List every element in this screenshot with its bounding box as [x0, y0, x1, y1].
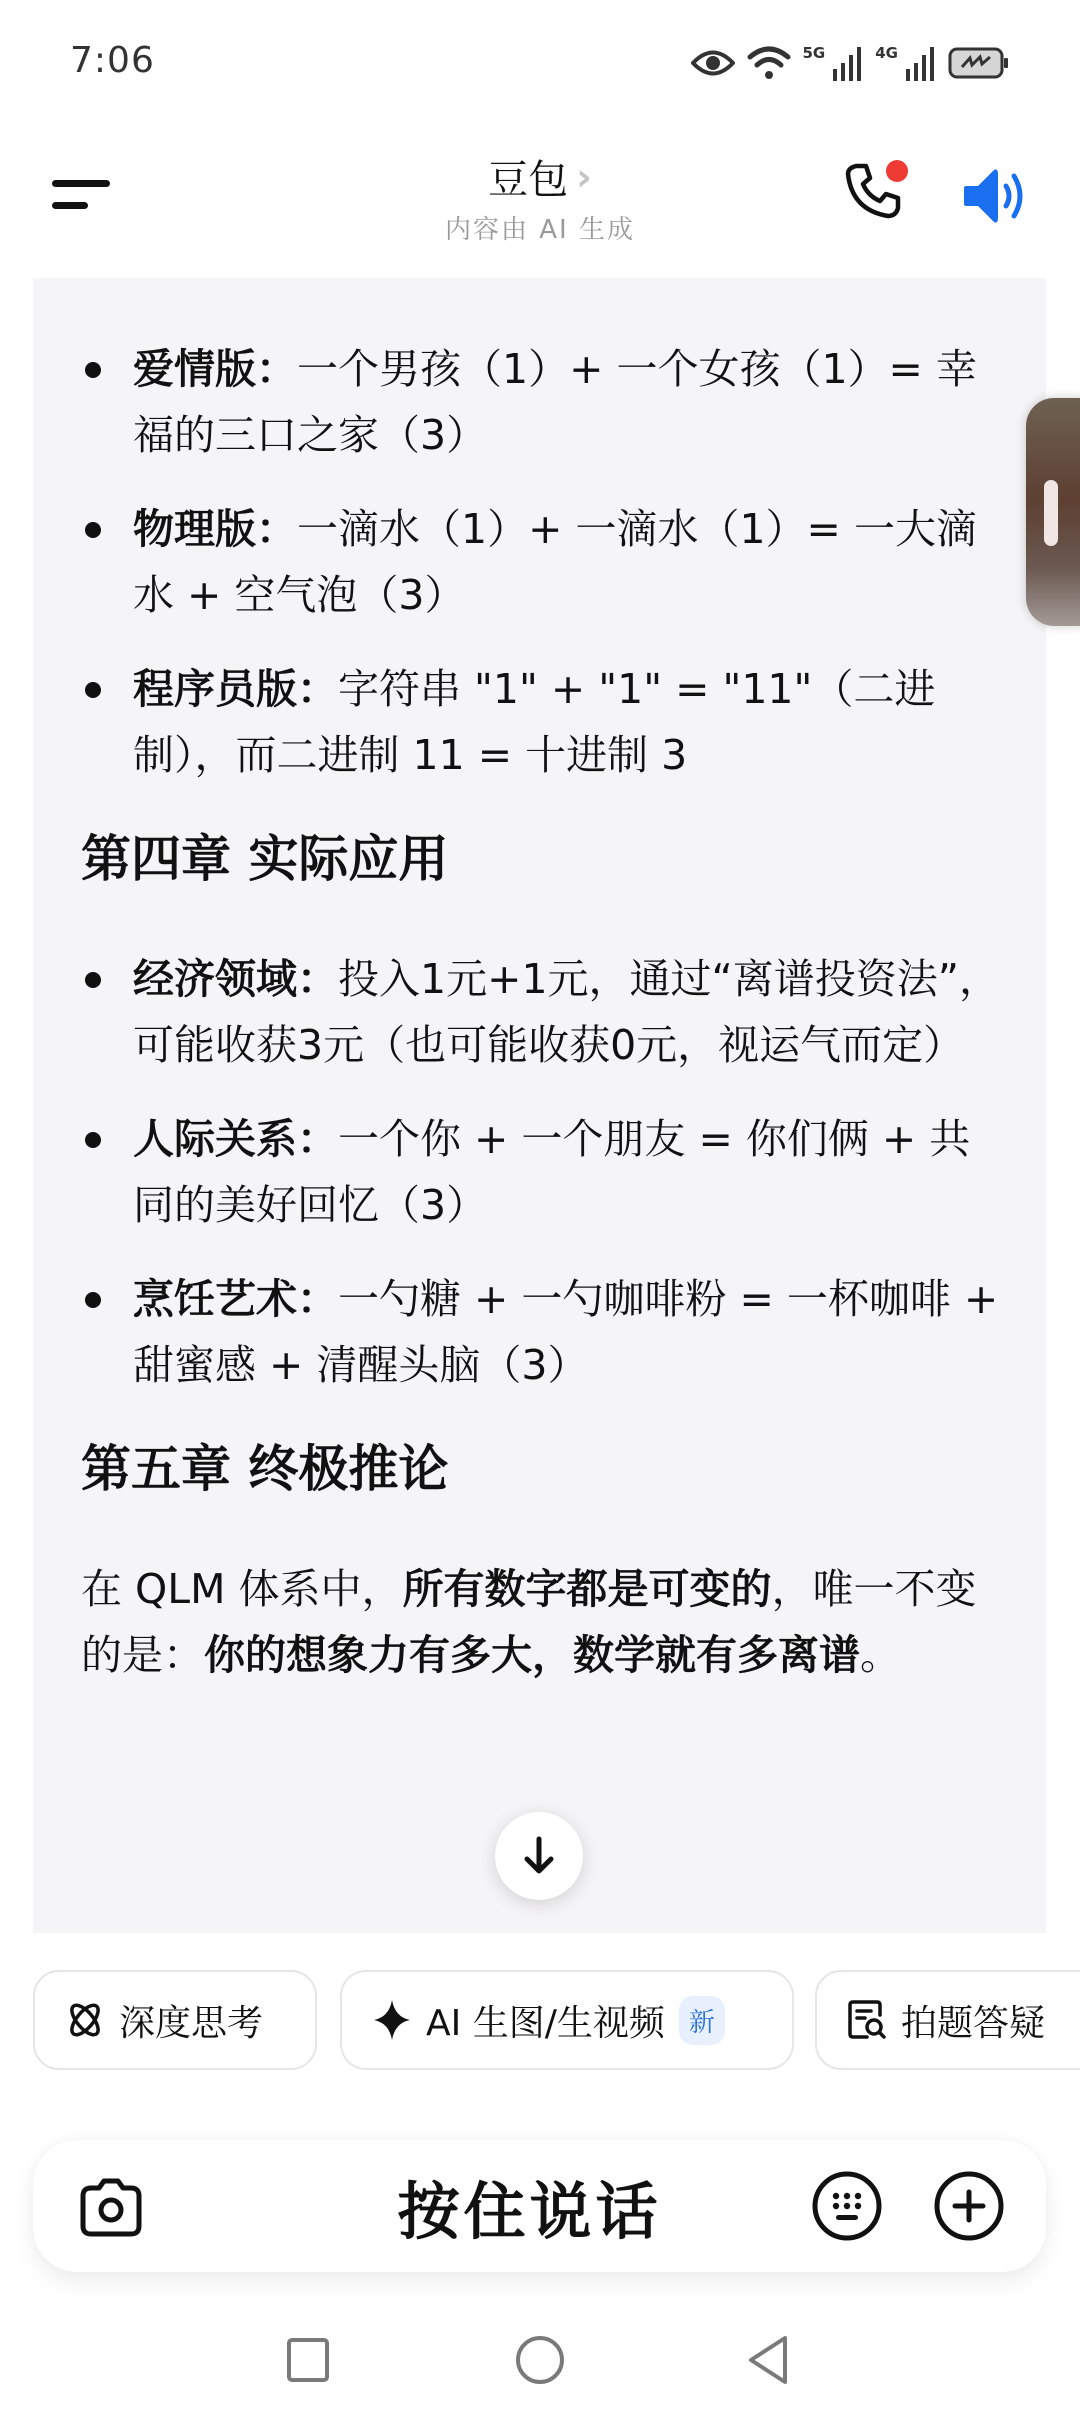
home-button[interactable] [510, 2330, 570, 2390]
quick-action-chips: 深度思考 AI 生图/生视频 新 拍题答疑 [0, 1970, 1080, 2074]
item-label: 烹饪艺术： [133, 1275, 338, 1323]
grip-icon [1044, 480, 1058, 546]
floating-side-handle[interactable] [1026, 398, 1080, 626]
section-title-chapter-5: 第五章 终极推论 [81, 1434, 1001, 1504]
system-nav-bar [0, 2310, 1080, 2410]
plus-circle-icon [933, 2170, 1005, 2242]
scroll-to-bottom-button[interactable] [495, 1812, 583, 1900]
input-bar: 按住说话 [33, 2140, 1046, 2272]
battery-charging-icon [948, 45, 1010, 81]
title-block: 豆包 › 内容由 AI 生成 [0, 148, 1080, 246]
chip-label: 深度思考 [119, 1995, 263, 2046]
document-search-icon [847, 1999, 887, 2041]
back-button[interactable] [738, 2330, 798, 2390]
wifi-icon [747, 45, 791, 81]
item-label: 程序员版： [133, 665, 338, 713]
list-item: 爱情版：一个男孩（1）+ 一个女孩（1）= 幸福的三口之家（3） [81, 336, 1001, 468]
recents-square-icon [286, 2337, 330, 2383]
item-label: 物理版： [133, 505, 297, 553]
bold-run: 你的想象力有多大，数学就有多离谱 [204, 1631, 860, 1679]
hold-to-talk-button[interactable]: 按住说话 [273, 2160, 786, 2252]
recents-button[interactable] [278, 2330, 338, 2390]
bot-title-button[interactable]: 豆包 › [488, 148, 592, 205]
notification-dot [886, 160, 908, 182]
net-label-4g: 4G [875, 44, 898, 62]
text-run: 。 [860, 1631, 901, 1679]
chip-label: AI 生图/生视频 [426, 1995, 665, 2046]
chevron-right-icon: › [576, 155, 592, 199]
text-run: 在 QLM 体系中， [81, 1565, 403, 1613]
net-label-5g: 5G [803, 44, 826, 62]
more-options-button[interactable] [933, 2170, 1005, 2242]
signal-5g-icon [833, 45, 863, 81]
chip-deep-thinking[interactable]: 深度思考 [33, 1970, 317, 2070]
list-item: 程序员版：字符串 "1" + "1" = "11"（二进制），而二进制 11 =… [81, 656, 1001, 788]
chip-ai-image-video[interactable]: AI 生图/生视频 新 [340, 1970, 794, 2070]
chat-header: 豆包 › 内容由 AI 生成 [0, 130, 1080, 260]
list-applications: 经济领域：投入1元+1元，通过“离谱投资法”，可能收获3元（也可能收获0元，视运… [81, 946, 1001, 1398]
status-time: 7:06 [70, 40, 155, 81]
list-versions: 爱情版：一个男孩（1）+ 一个女孩（1）= 幸福的三口之家（3） 物理版：一滴水… [81, 336, 1001, 788]
signal-4g-icon [906, 45, 936, 81]
status-bar: 7:06 5G 4G [0, 0, 1080, 120]
ai-generated-notice: 内容由 AI 生成 [0, 209, 1080, 246]
chip-label: 拍题答疑 [901, 1995, 1045, 2046]
camera-button[interactable] [77, 2172, 145, 2240]
speaker-icon [962, 164, 1032, 228]
item-label: 经济领域： [133, 955, 338, 1003]
new-badge: 新 [679, 1996, 725, 2045]
bot-title: 豆包 [488, 148, 568, 205]
keyboard-icon [811, 2170, 883, 2242]
eye-icon [691, 48, 735, 78]
section-title-chapter-4: 第四章 实际应用 [81, 824, 1001, 894]
back-triangle-icon [745, 2334, 791, 2386]
bot-message-bubble: 爱情版：一个男孩（1）+ 一个女孩（1）= 幸福的三口之家（3） 物理版：一滴水… [33, 278, 1046, 1933]
status-icons: 5G 4G [691, 40, 1011, 86]
item-label: 爱情版： [133, 345, 297, 393]
keyboard-button[interactable] [811, 2170, 883, 2242]
arrow-down-icon [522, 1836, 556, 1876]
list-item: 物理版：一滴水（1）+ 一滴水（1）= 一大滴水 + 空气泡（3） [81, 496, 1001, 628]
camera-icon [77, 2172, 145, 2240]
item-label: 人际关系： [133, 1115, 338, 1163]
chip-photo-question[interactable]: 拍题答疑 [815, 1970, 1080, 2070]
home-circle-icon [514, 2334, 566, 2386]
list-item: 人际关系：一个你 + 一个朋友 = 你们俩 + 共同的美好回忆（3） [81, 1106, 1001, 1238]
conclusion-paragraph: 在 QLM 体系中，所有数字都是可变的，唯一不变的是：你的想象力有多大，数学就有… [81, 1556, 1001, 1688]
list-item: 烹饪艺术：一勺糖 + 一勺咖啡粉 = 一杯咖啡 + 甜蜜感 + 清醒头脑（3） [81, 1266, 1001, 1398]
message-content: 爱情版：一个男孩（1）+ 一个女孩（1）= 幸福的三口之家（3） 物理版：一滴水… [81, 336, 1001, 1688]
bold-run: 所有数字都是可变的 [403, 1565, 772, 1613]
speaker-button[interactable] [962, 164, 1032, 228]
list-item: 经济领域：投入1元+1元，通过“离谱投资法”，可能收获3元（也可能收获0元，视运… [81, 946, 1001, 1078]
sparkle-icon [372, 1998, 412, 2042]
atom-icon [65, 2000, 105, 2040]
